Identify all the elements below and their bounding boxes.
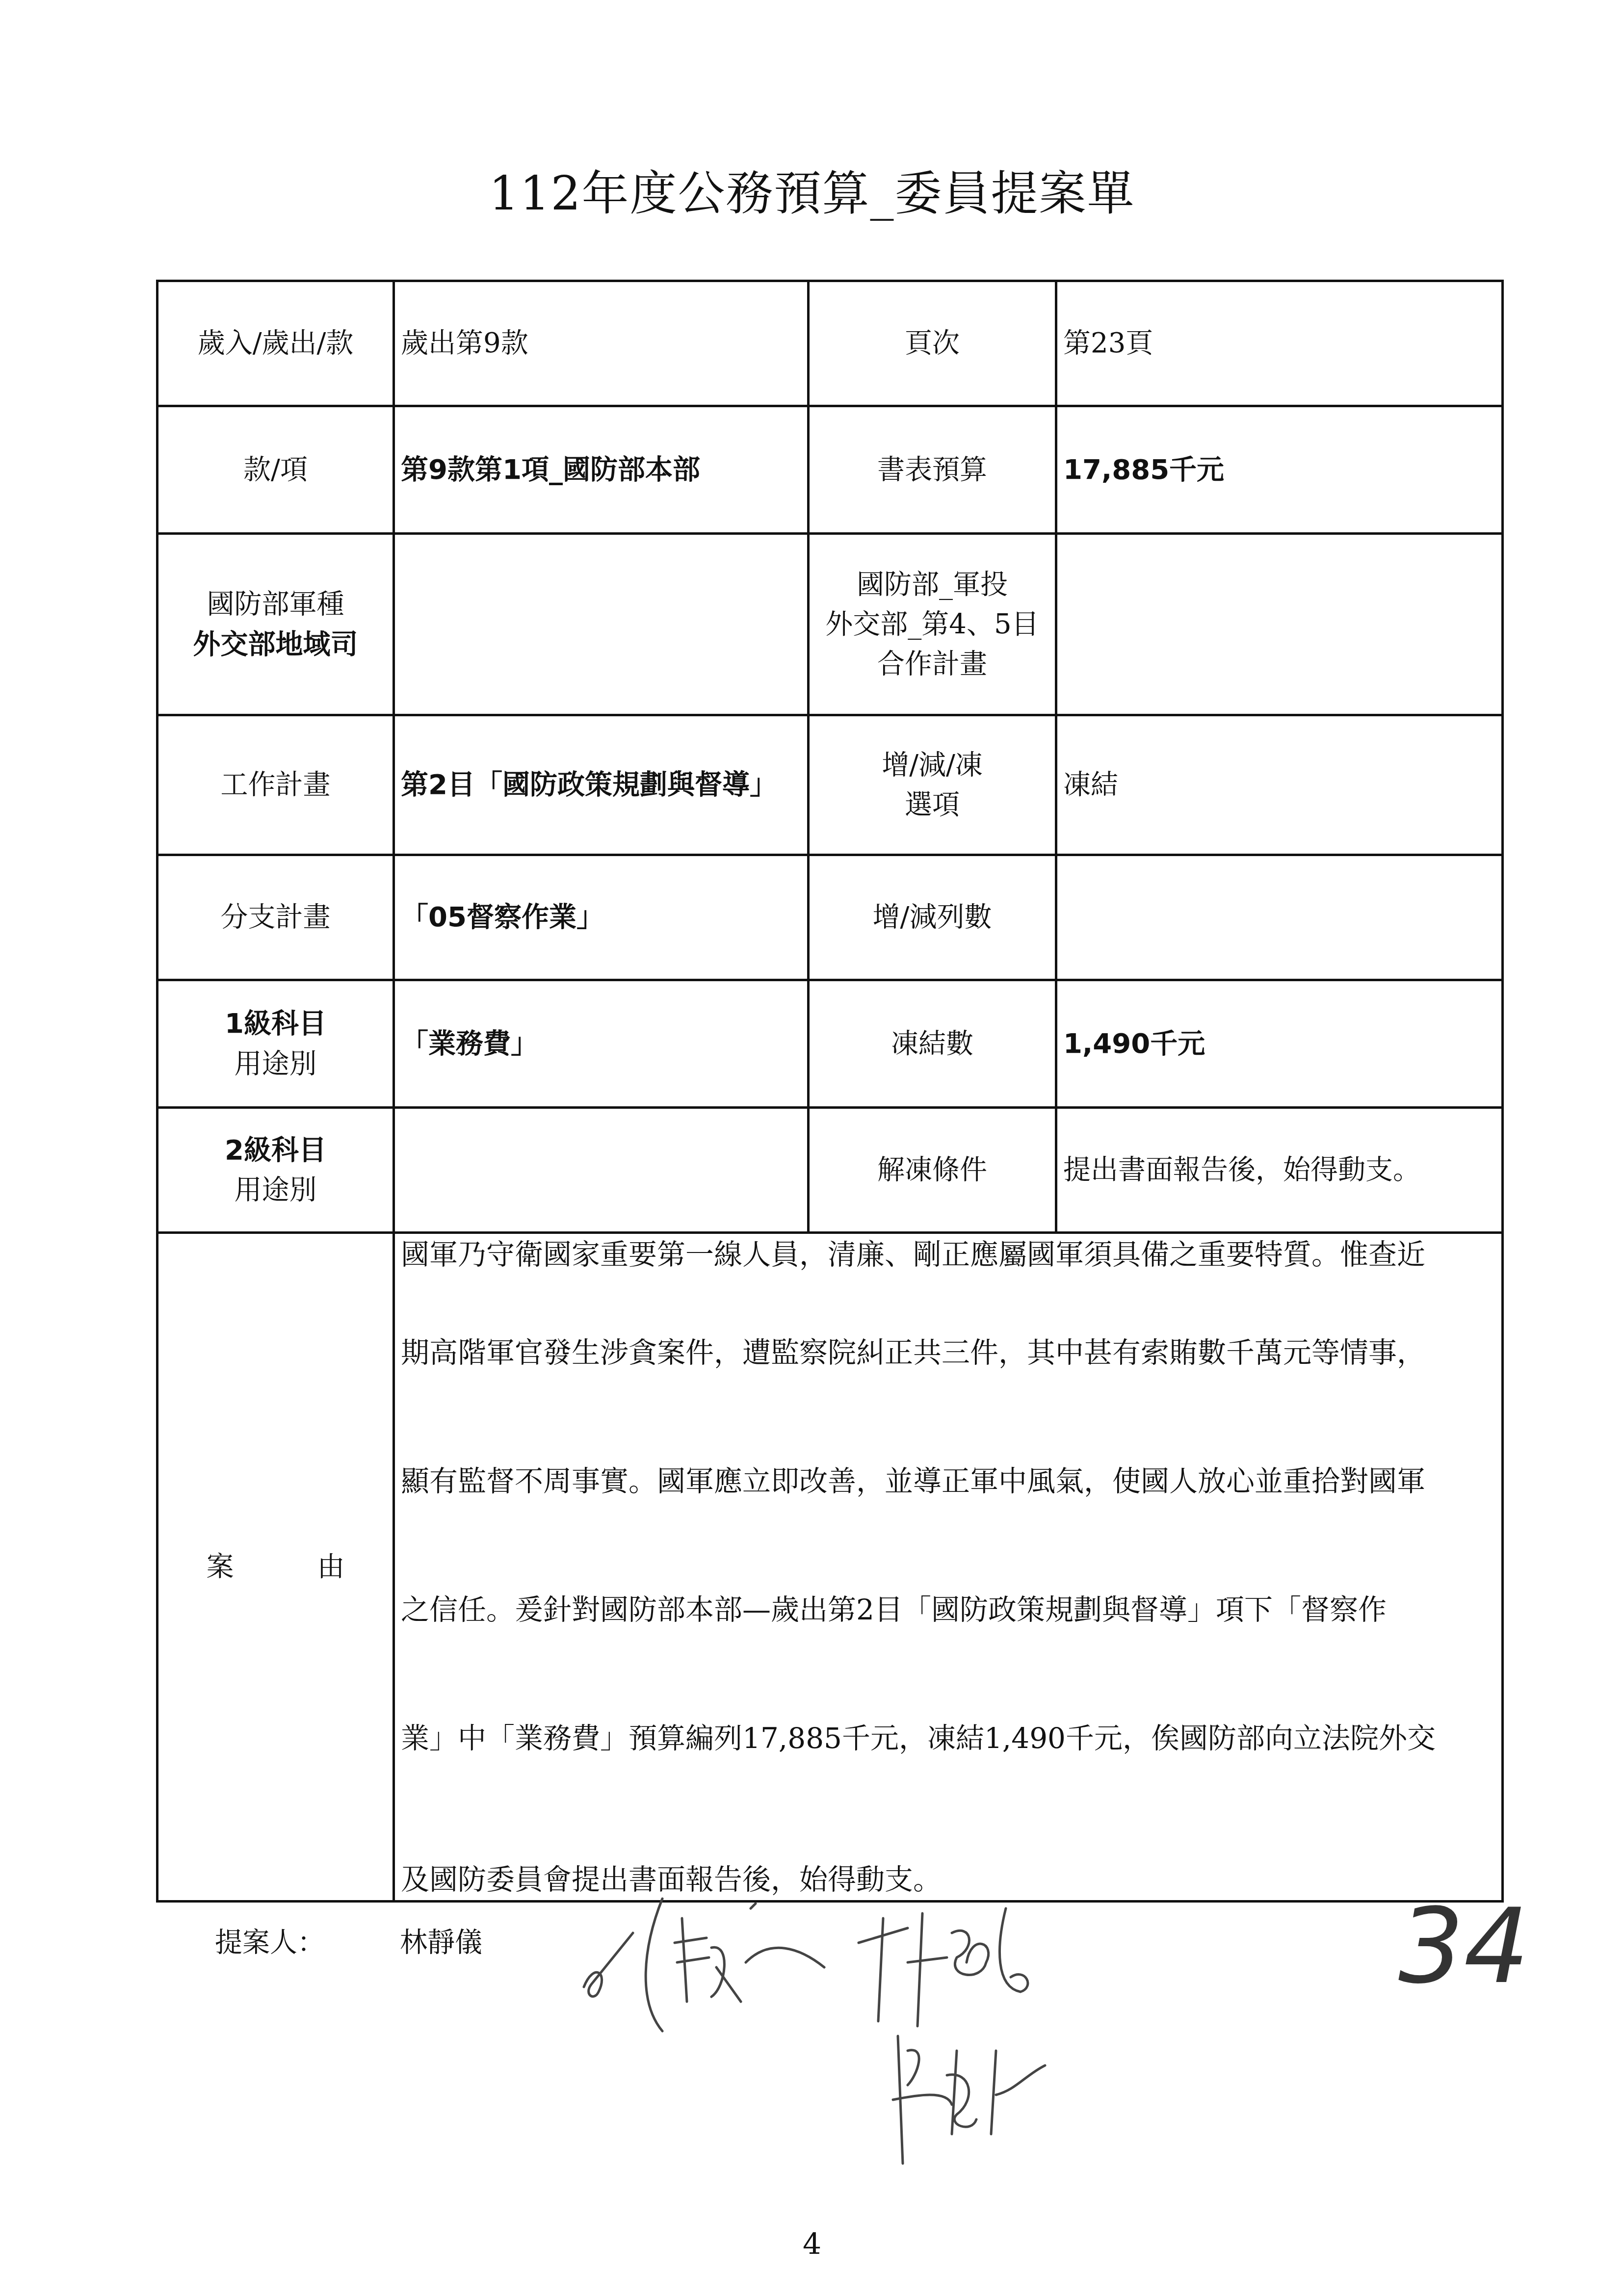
signature-1 (584, 1899, 824, 2031)
signature-3 (893, 2036, 1045, 2164)
label-level2-subject-line2: 用途別 (164, 1170, 387, 1210)
label-reason: 案由 (157, 1233, 394, 1902)
label-level2-subject-line1: 2級科目 (164, 1130, 387, 1170)
form-row-reason: 案由 國軍乃守衛國家重要第一線人員，清廉、剛正應屬國軍須具備之重要特質。惟查近 … (157, 1233, 1503, 1902)
label-cooperation-line2: 外交部_第4、5目 (815, 604, 1049, 644)
label-action-option-line2: 選項 (815, 785, 1049, 825)
reason-line-3: 顯有監督不周事實。國軍應立即改善，並導正軍中風氣，使國人放心並重拾對國軍 (401, 1461, 1495, 1589)
label-cooperation-line3: 合作計畫 (815, 644, 1049, 684)
label-adjust-amount: 增/減列數 (809, 855, 1056, 980)
value-work-plan: 第2目「國防政策規劃與督導」 (394, 715, 809, 855)
signature-2 (859, 1908, 1028, 2026)
label-level1-subject-line2: 用途別 (164, 1044, 387, 1084)
value-budget-type: 歲出第9款 (394, 281, 809, 406)
label-level1-subject: 1級科目 用途別 (157, 980, 394, 1108)
label-cooperation: 國防部_軍投 外交部_第4、5目 合作計畫 (809, 534, 1056, 715)
label-level2-subject: 2級科目 用途別 (157, 1108, 394, 1233)
form-row-budget-type: 歲入/歲出/款 歲出第9款 頁次 第23頁 (157, 281, 1503, 406)
value-agency (394, 534, 809, 715)
label-freeze-amount: 凍結數 (809, 980, 1056, 1108)
value-branch-plan: 「05督察作業」 (394, 855, 809, 980)
form-row-level2-subject: 2級科目 用途別 解凍條件 提出書面報告後，始得動支。 (157, 1108, 1503, 1233)
reason-line-4: 之信任。爰針對國防部本部—歲出第2目「國防政策規劃與督導」項下「督察作 (401, 1589, 1495, 1718)
label-reason-part1: 案 (207, 1551, 234, 1583)
value-level1-subject: 「業務費」 (394, 980, 809, 1108)
handwritten-signatures (564, 1889, 1595, 2232)
label-level1-subject-line1: 1級科目 (164, 1004, 387, 1044)
label-cooperation-line1: 國防部_軍投 (815, 565, 1049, 604)
label-agency-line2: 外交部地域司 (164, 625, 387, 664)
label-section: 款/項 (157, 406, 394, 534)
proposal-form-table: 歲入/歲出/款 歲出第9款 頁次 第23頁 款/項 第9款第1項_國防部本部 書… (156, 280, 1504, 1903)
label-unfreeze-condition: 解凍條件 (809, 1108, 1056, 1233)
label-budget-type: 歲入/歲出/款 (157, 281, 394, 406)
label-agency-line1: 國防部軍種 (164, 584, 387, 624)
label-branch-plan: 分支計畫 (157, 855, 394, 980)
proposer-label: 提案人： (215, 1921, 325, 1960)
value-freeze-amount: 1,490千元 (1056, 980, 1503, 1108)
value-budget: 17,885千元 (1056, 406, 1503, 534)
page-number: 4 (0, 2227, 1624, 2262)
value-action-option: 凍結 (1056, 715, 1503, 855)
value-cooperation (1056, 534, 1503, 715)
reason-line-2: 期高階軍官發生涉貪案件，遭監察院糾正共三件，其中甚有索賄數千萬元等情事， (401, 1332, 1495, 1461)
value-section: 第9款第1項_國防部本部 (394, 406, 809, 534)
value-level2-subject (394, 1108, 809, 1233)
reason-text: 國軍乃守衛國家重要第一線人員，清廉、剛正應屬國軍須具備之重要特質。惟查近 期高階… (394, 1233, 1503, 1902)
label-budget: 書表預算 (809, 406, 1056, 534)
value-unfreeze-condition: 提出書面報告後，始得動支。 (1056, 1108, 1503, 1233)
value-adjust-amount (1056, 855, 1503, 980)
label-reason-part2: 由 (317, 1551, 345, 1583)
reason-line-5: 業」中「業務費」預算編列17,885千元，凍結1,490千元，俟國防部向立法院外… (401, 1718, 1495, 1846)
form-row-agency: 國防部軍種 外交部地域司 國防部_軍投 外交部_第4、5目 合作計畫 (157, 534, 1503, 715)
form-row-branch-plan: 分支計畫 「05督察作業」 增/減列數 (157, 855, 1503, 980)
label-page: 頁次 (809, 281, 1056, 406)
value-page: 第23頁 (1056, 281, 1503, 406)
form-row-section: 款/項 第9款第1項_國防部本部 書表預算 17,885千元 (157, 406, 1503, 534)
form-row-work-plan: 工作計畫 第2目「國防政策規劃與督導」 增/減/凍 選項 凍結 (157, 715, 1503, 855)
reason-line-1: 國軍乃守衛國家重要第一線人員，清廉、剛正應屬國軍須具備之重要特質。惟查近 (401, 1234, 1495, 1332)
proposer-name: 林靜儀 (400, 1921, 482, 1960)
label-action-option-line1: 增/減/凍 (815, 745, 1049, 785)
form-row-level1-subject: 1級科目 用途別 「業務費」 凍結數 1,490千元 (157, 980, 1503, 1108)
label-work-plan: 工作計畫 (157, 715, 394, 855)
document-title: 112年度公務預算_委員提案單 (0, 156, 1624, 223)
label-agency: 國防部軍種 外交部地域司 (157, 534, 394, 715)
label-action-option: 增/減/凍 選項 (809, 715, 1056, 855)
